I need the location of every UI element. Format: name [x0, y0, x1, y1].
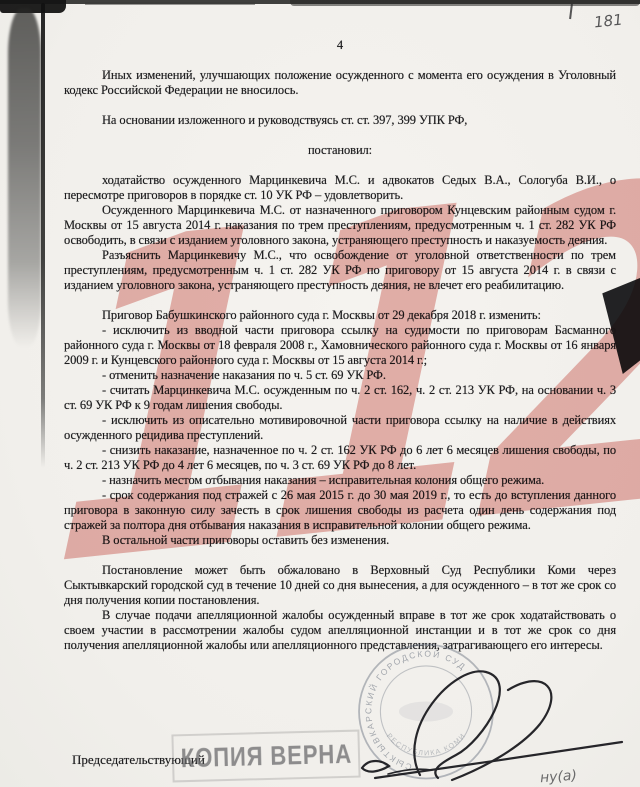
paragraph: - считать Марцинкевича М.С. осужденным п… [64, 383, 616, 413]
paragraph: Постановление может быть обжаловано в Ве… [64, 563, 616, 608]
handwritten-page-number: 181 [593, 11, 623, 32]
paragraph: ходатайство осужденного Марцинкевича М.С… [64, 173, 616, 203]
scan-left-line [41, 3, 45, 468]
scan-edge-band-segment [85, 2, 255, 5]
handwritten-bottom-note: ну(а) [539, 768, 577, 787]
paragraph: - назначить местом отбывания наказания –… [64, 473, 616, 488]
paragraph: - исключить из вводной части приговора с… [64, 323, 616, 368]
resolution-word: постановил: [64, 143, 616, 158]
page-number: 4 [64, 38, 616, 53]
paragraph: - снизить наказание, назначенное по ч. 2… [64, 443, 616, 473]
paragraph: Иных изменений, улучшающих положение осу… [64, 68, 616, 98]
paragraph: На основании изложенного и руководствуяс… [64, 113, 616, 128]
scanned-document-page: 181 4 Иных изменений, улучшающих положен… [0, 0, 640, 787]
paragraph: Приговор Бабушкинского районного суда г.… [64, 308, 616, 323]
paragraph: В остальной части приговоры оставить без… [64, 533, 616, 548]
scan-left-smudge [8, 8, 41, 348]
document-text: 4 Иных изменений, улучшающих положение о… [64, 38, 616, 653]
scan-corner-blob [0, 0, 66, 13]
judge-signature [358, 628, 640, 787]
pen-tick-mark [569, 4, 573, 19]
paragraph: Осужденного Марцинкевича М.С. от назначе… [64, 203, 616, 248]
paragraph: Разъяснить Марцинкевичу М.С., что освобо… [64, 248, 616, 293]
paragraph: - срок содержания под стражей с 26 мая 2… [64, 488, 616, 533]
paragraph: - исключить из описательно мотивировочно… [64, 413, 616, 443]
scan-edge-band-segment [290, 0, 640, 6]
paragraph: - отменить назначение наказания по ч. 5 … [64, 368, 616, 383]
